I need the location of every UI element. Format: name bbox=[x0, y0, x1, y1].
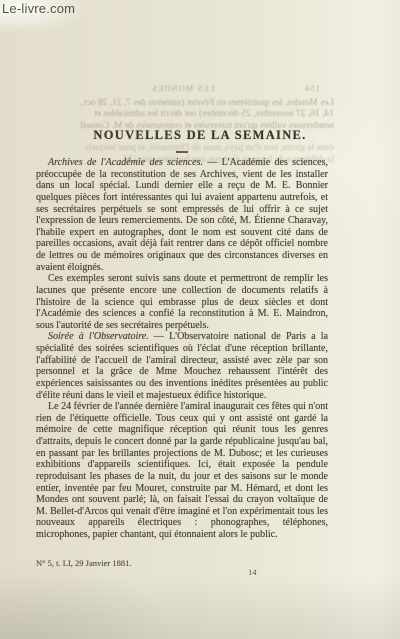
paragraph-archives: Archives de l'Académie des sciences. — L… bbox=[36, 157, 328, 273]
issue-footnote: N° 5, t. LI, 29 Janvier 1881. bbox=[36, 558, 131, 568]
watermark-text: Le-livre.com bbox=[2, 1, 75, 16]
bleedthrough-page-number: 154 bbox=[304, 83, 320, 95]
bleedthrough-line: 14, 16, 27 novembre, 25 décembre) ont dé… bbox=[34, 109, 334, 121]
scanned-book-page: Le-livre.com 154 LES MONDES Les Mondes, … bbox=[0, 0, 400, 639]
bleedthrough-top: 154 LES MONDES Les Mondes, les quatrième… bbox=[34, 83, 334, 132]
paragraph-lead: Archives de l'Académie des sciences. bbox=[48, 157, 203, 168]
bleedthrough-line: Les Mondes, les quatrièmes en Février (n… bbox=[34, 98, 334, 110]
signature-number: 14 bbox=[248, 567, 257, 577]
bleedthrough-running-head: 154 LES MONDES bbox=[34, 83, 334, 98]
paragraph-soiree: Soirée à l'Observatoire. — L'Observatoir… bbox=[36, 331, 328, 401]
paragraph-lead: Soirée à l'Observatoire. bbox=[48, 331, 149, 342]
paragraph-body: Le 24 février de l'année dernière l'amir… bbox=[36, 401, 328, 540]
paragraph-body: — L'Académie des sciences, préoccupée de… bbox=[36, 157, 328, 273]
bleedthrough-journal-title: LES MONDES bbox=[152, 83, 215, 95]
paragraph-fevrier: Le 24 février de l'année dernière l'amir… bbox=[36, 401, 328, 541]
section-title: NOUVELLES DE LA SEMAINE. bbox=[0, 128, 400, 143]
paragraph-exemples: Ces exemples seront suivis sans doute et… bbox=[36, 273, 328, 331]
article-text-column: Archives de l'Académie des sciences. — L… bbox=[36, 157, 328, 541]
paragraph-body: Ces exemples seront suivis sans doute et… bbox=[36, 273, 328, 331]
heading-rule bbox=[176, 151, 188, 153]
